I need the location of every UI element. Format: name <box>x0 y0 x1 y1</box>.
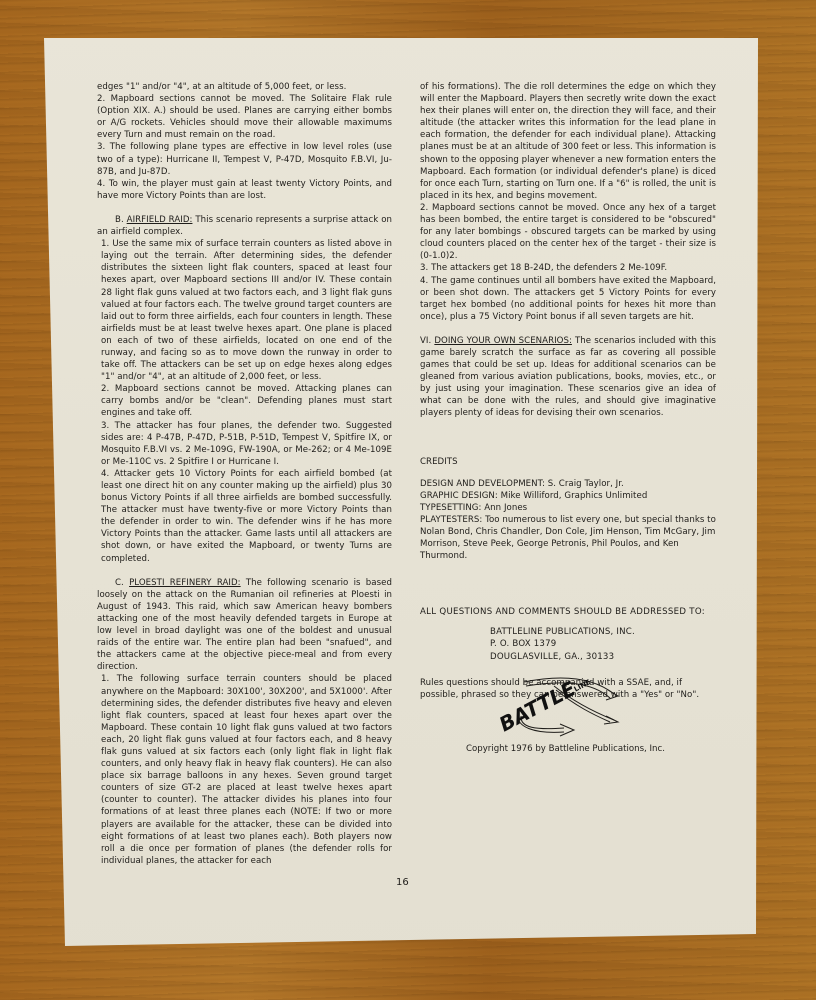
section-prefix: C. <box>115 578 129 588</box>
credits-list: DESIGN AND DEVELOPMENT: S. Craig Taylor,… <box>420 478 716 563</box>
own-scenarios-section: VI. DOING YOUR OWN SCENARIOS: The scenar… <box>420 335 716 420</box>
paragraph: 4. To win, the player must gain at least… <box>97 178 392 202</box>
credit-line: GRAPHIC DESIGN: Mike Williford, Graphics… <box>420 490 716 502</box>
address-line: BATTLELINE PUBLICATIONS, INC. <box>490 626 716 638</box>
paragraph: 3. The attackers get 18 B-24D, the defen… <box>420 262 716 274</box>
credit-line: DESIGN AND DEVELOPMENT: S. Craig Taylor,… <box>420 478 716 490</box>
paragraph: 3. The following plane types are effecti… <box>97 141 392 177</box>
address-line: DOUGLASVILLE, GA., 30133 <box>490 651 716 663</box>
left-column: edges "1" and/or "4", at an altitude of … <box>97 81 392 867</box>
airfield-raid-intro: B. AIRFIELD RAID: This scenario represen… <box>97 214 392 238</box>
section-prefix: VI. <box>420 336 434 346</box>
section-heading-airfield-raid: AIRFIELD RAID: <box>127 215 193 225</box>
playtesters-line: PLAYTESTERS: Too numerous to list every … <box>420 514 716 562</box>
section-heading-own-scenarios: DOING YOUR OWN SCENARIOS: <box>434 336 572 346</box>
ploesti-raid-intro: C. PLOESTI REFINERY RAID: The following … <box>97 577 392 674</box>
paragraph: of his formations). The die roll determi… <box>420 81 716 202</box>
paragraph: 1. The following surface terrain counter… <box>97 673 392 867</box>
mailing-address: BATTLELINE PUBLICATIONS, INC. P. O. BOX … <box>490 626 716 662</box>
credit-line: TYPESETTING: Ann Jones <box>420 502 716 514</box>
paragraph: 2. Mapboard sections cannot be moved. Th… <box>97 93 392 141</box>
page-number: 16 <box>396 877 409 888</box>
playtesters-label: PLAYTESTERS: <box>420 515 482 525</box>
rulebook-page: edges "1" and/or "4", at an altitude of … <box>0 0 816 1000</box>
right-column: of his formations). The die roll determi… <box>420 81 716 701</box>
paragraph: 4. Attacker gets 10 Victory Points for e… <box>97 468 392 565</box>
section-prefix: B. <box>115 215 127 225</box>
paragraph: 2. Mapboard sections cannot be moved. On… <box>420 202 716 262</box>
section-lead: The following scenario is based loosely … <box>97 578 392 673</box>
paragraph: 3. The attacker has four planes, the def… <box>97 420 392 468</box>
address-heading: ALL QUESTIONS AND COMMENTS SHOULD BE ADD… <box>420 606 716 618</box>
paragraph: edges "1" and/or "4", at an altitude of … <box>97 81 392 93</box>
section-heading-ploesti-raid: PLOESTI REFINERY RAID: <box>129 578 241 588</box>
copyright-notice: Copyright 1976 by Battleline Publication… <box>466 744 665 754</box>
paragraph: 4. The game continues until all bombers … <box>420 275 716 323</box>
section-body: The scenarios included with this game ba… <box>420 336 716 419</box>
address-line: P. O. BOX 1379 <box>490 638 716 650</box>
paragraph: 1. Use the same mix of surface terrain c… <box>97 238 392 383</box>
battleline-logo-icon: BATTLE LINE <box>494 672 644 747</box>
svg-text:LINE: LINE <box>573 678 593 693</box>
paragraph: 2. Mapboard sections cannot be moved. At… <box>97 383 392 419</box>
credits-heading: CREDITS <box>420 456 716 468</box>
